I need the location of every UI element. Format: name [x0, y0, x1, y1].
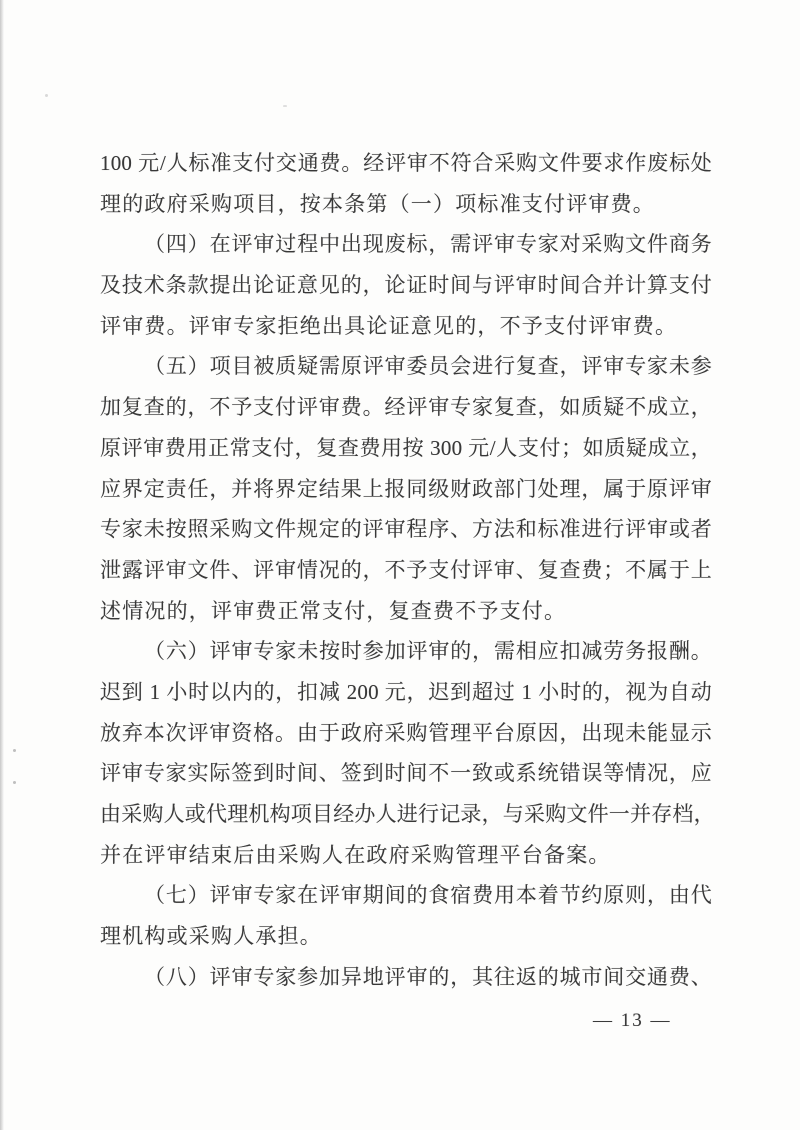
scan-left-edge [0, 0, 4, 1130]
text-line: 由采购人或代理机构项目经办人进行记录，与采购文件一并存档， [100, 794, 712, 835]
text-line: 评审专家实际签到时间、签到时间不一致或系统错误等情况，应 [100, 753, 712, 794]
text-line: 加复查的，不予支付评审费。经评审专家复查，如质疑不成立， [100, 387, 712, 428]
document-body: 100 元/人标准支付交通费。经评审不符合采购文件要求作废标处理的政府采购项目，… [100, 143, 712, 997]
scan-speck [13, 781, 16, 784]
text-line: 100 元/人标准支付交通费。经评审不符合采购文件要求作废标处 [100, 143, 712, 184]
text-line: 泄露评审文件、评审情况的，不予支付评审、复查费；不属于上 [100, 550, 712, 591]
text-line: （四）在评审过程中出现废标，需评审专家对采购文件商务 [100, 224, 712, 265]
text-line: 迟到 1 小时以内的，扣减 200 元，迟到超过 1 小时的，视为自动 [100, 672, 712, 713]
scan-speck [283, 105, 287, 107]
text-line: 应界定责任，并将界定结果上报同级财政部门处理，属于原评审 [100, 469, 712, 510]
text-line: 及技术条款提出论证意见的，论证时间与评审时间合并计算支付 [100, 265, 712, 306]
scan-speck [45, 94, 48, 97]
text-line: 述情况的，评审费正常支付，复查费不予支付。 [100, 591, 712, 632]
page-number: — 13 — [593, 1010, 672, 1032]
text-line: （七）评审专家在评审期间的食宿费用本着节约原则，由代 [100, 875, 712, 916]
text-line: 原评审费用正常支付，复查费用按 300 元/人支付；如质疑成立， [100, 428, 712, 469]
text-line: （五）项目被质疑需原评审委员会进行复查，评审专家未参 [100, 346, 712, 387]
text-line: （六）评审专家未按时参加评审的，需相应扣减劳务报酬。 [100, 631, 712, 672]
scan-speck [13, 749, 16, 752]
text-line: 评审费。评审专家拒绝出具论证意见的，不予支付评审费。 [100, 306, 712, 347]
text-line: 并在评审结束后由采购人在政府采购管理平台备案。 [100, 835, 712, 876]
text-line: （八）评审专家参加异地评审的，其往返的城市间交通费、 [100, 957, 712, 998]
text-line: 理的政府采购项目，按本条第（一）项标准支付评审费。 [100, 184, 712, 225]
text-line: 专家未按照采购文件规定的评审程序、方法和标准进行评审或者 [100, 509, 712, 550]
scanned-document-page: 100 元/人标准支付交通费。经评审不符合采购文件要求作废标处理的政府采购项目，… [0, 0, 800, 1130]
text-line: 放弃本次评审资格。由于政府采购管理平台原因，出现未能显示 [100, 713, 712, 754]
text-line: 理机构或采购人承担。 [100, 916, 712, 957]
